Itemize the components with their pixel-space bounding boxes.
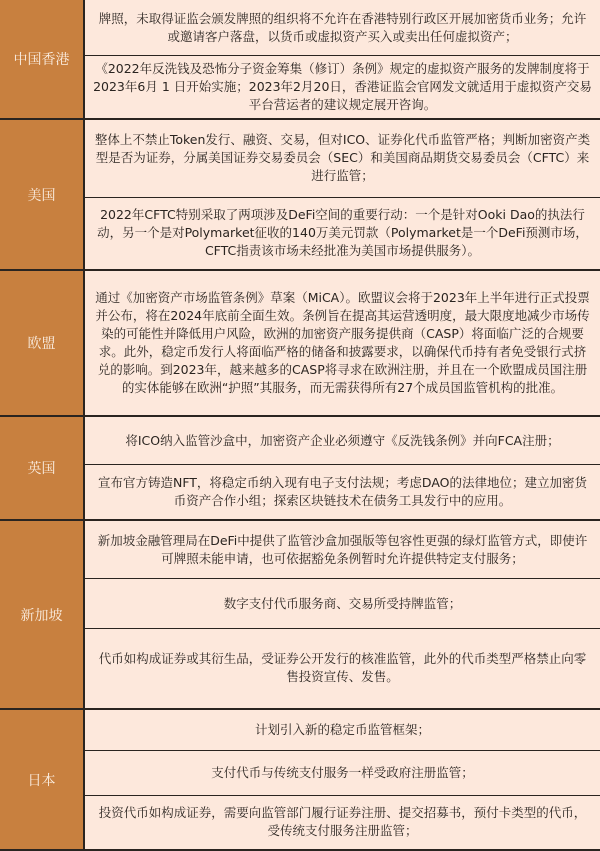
table-cell: 《2022年反洗钱及恐怖分子资金筹集（修订）条例》规定的虚拟资产服务的发牌制度将… <box>85 56 600 118</box>
region-hong-kong: 中国香港 牌照，未取得证监会颁发牌照的组织将不允许在香港特别行政区开展加密货币业… <box>0 0 600 120</box>
region-cells: 整体上不禁止Token发行、融资、交易，但对ICO、证券化代币监管严格；判断加密… <box>85 120 600 269</box>
regulation-table: 中国香港 牌照，未取得证监会颁发牌照的组织将不允许在香港特别行政区开展加密货币业… <box>0 0 600 851</box>
cell-text: 牌照，未取得证监会颁发牌照的组织将不允许在香港特别行政区开展加密货币业务；允许或… <box>93 10 592 46</box>
table-cell: 新加坡金融管理局在DeFi中提供了监管沙盒加强版等包容性更强的绿灯监管方式，即使… <box>85 521 600 579</box>
cell-text: 新加坡金融管理局在DeFi中提供了监管沙盒加强版等包容性更强的绿灯监管方式，即使… <box>93 532 592 568</box>
table-cell: 牌照，未取得证监会颁发牌照的组织将不允许在香港特别行政区开展加密货币业务；允许或… <box>85 0 600 56</box>
region-cells: 牌照，未取得证监会颁发牌照的组织将不允许在香港特别行政区开展加密货币业务；允许或… <box>85 0 600 118</box>
cell-text: 将ICO纳入监管沙盒中，加密资产企业必须遵守《反洗钱条例》并向FCA注册； <box>125 432 559 450</box>
cell-text: 计划引入新的稳定币监管框架； <box>255 721 430 739</box>
table-cell: 将ICO纳入监管沙盒中，加密资产企业必须遵守《反洗钱条例》并向FCA注册； <box>85 417 600 465</box>
cell-text: 2022年CFTC特别采取了两项涉及DeFi空间的重要行动：一个是针对Ooki … <box>93 206 592 260</box>
table-cell: 2022年CFTC特别采取了两项涉及DeFi空间的重要行动：一个是针对Ooki … <box>85 198 600 269</box>
cell-text: 宣布官方铸造NFT，将稳定币纳入现有电子支付法规；考虑DAO的法律地位；建立加密… <box>93 474 592 510</box>
cell-text: 整体上不禁止Token发行、融资、交易，但对ICO、证券化代币监管严格；判断加密… <box>93 131 592 185</box>
region-cells: 新加坡金融管理局在DeFi中提供了监管沙盒加强版等包容性更强的绿灯监管方式，即使… <box>85 521 600 708</box>
region-label: 中国香港 <box>0 0 85 118</box>
table-cell: 宣布官方铸造NFT，将稳定币纳入现有电子支付法规；考虑DAO的法律地位；建立加密… <box>85 465 600 519</box>
cell-text: 代币如构成证券或其衍生品，受证券公开发行的核准监管，此外的代币类型严格禁止向零售… <box>93 650 592 686</box>
table-cell: 投资代币如构成证券，需要向监管部门履行证券注册、提交招募书，预付卡类型的代币，受… <box>85 796 600 849</box>
table-cell: 支付代币与传统支付服务一样受政府注册监管； <box>85 751 600 795</box>
region-label: 英国 <box>0 417 85 519</box>
cell-text: 投资代币如构成证券，需要向监管部门履行证券注册、提交招募书，预付卡类型的代币，受… <box>93 804 592 840</box>
table-cell: 整体上不禁止Token发行、融资、交易，但对ICO、证券化代币监管严格；判断加密… <box>85 120 600 198</box>
cell-text: 《2022年反洗钱及恐怖分子资金筹集（修订）条例》规定的虚拟资产服务的发牌制度将… <box>93 60 592 114</box>
region-cells: 通过《加密资产市场监管条例》草案（MiCA）。欧盟议会将于2023年上半年进行正… <box>85 271 600 415</box>
region-uk: 英国 将ICO纳入监管沙盒中，加密资产企业必须遵守《反洗钱条例》并向FCA注册；… <box>0 417 600 521</box>
region-label: 日本 <box>0 710 85 849</box>
cell-text: 支付代币与传统支付服务一样受政府注册监管； <box>211 764 474 782</box>
region-cells: 将ICO纳入监管沙盒中，加密资产企业必须遵守《反洗钱条例》并向FCA注册； 宣布… <box>85 417 600 519</box>
region-japan: 日本 计划引入新的稳定币监管框架； 支付代币与传统支付服务一样受政府注册监管； … <box>0 710 600 851</box>
region-label: 美国 <box>0 120 85 269</box>
region-label: 新加坡 <box>0 521 85 708</box>
table-cell: 代币如构成证券或其衍生品，受证券公开发行的核准监管，此外的代币类型严格禁止向零售… <box>85 629 600 708</box>
cell-text: 通过《加密资产市场监管条例》草案（MiCA）。欧盟议会将于2023年上半年进行正… <box>93 289 592 397</box>
cell-text: 数字支付代币服务商、交易所受持牌监管； <box>224 595 462 613</box>
table-cell: 计划引入新的稳定币监管框架； <box>85 710 600 751</box>
region-cells: 计划引入新的稳定币监管框架； 支付代币与传统支付服务一样受政府注册监管； 投资代… <box>85 710 600 849</box>
region-singapore: 新加坡 新加坡金融管理局在DeFi中提供了监管沙盒加强版等包容性更强的绿灯监管方… <box>0 521 600 710</box>
region-label: 欧盟 <box>0 271 85 415</box>
region-eu: 欧盟 通过《加密资产市场监管条例》草案（MiCA）。欧盟议会将于2023年上半年… <box>0 271 600 417</box>
table-cell: 数字支付代币服务商、交易所受持牌监管； <box>85 579 600 628</box>
region-usa: 美国 整体上不禁止Token发行、融资、交易，但对ICO、证券化代币监管严格；判… <box>0 120 600 271</box>
table-cell: 通过《加密资产市场监管条例》草案（MiCA）。欧盟议会将于2023年上半年进行正… <box>85 271 600 415</box>
